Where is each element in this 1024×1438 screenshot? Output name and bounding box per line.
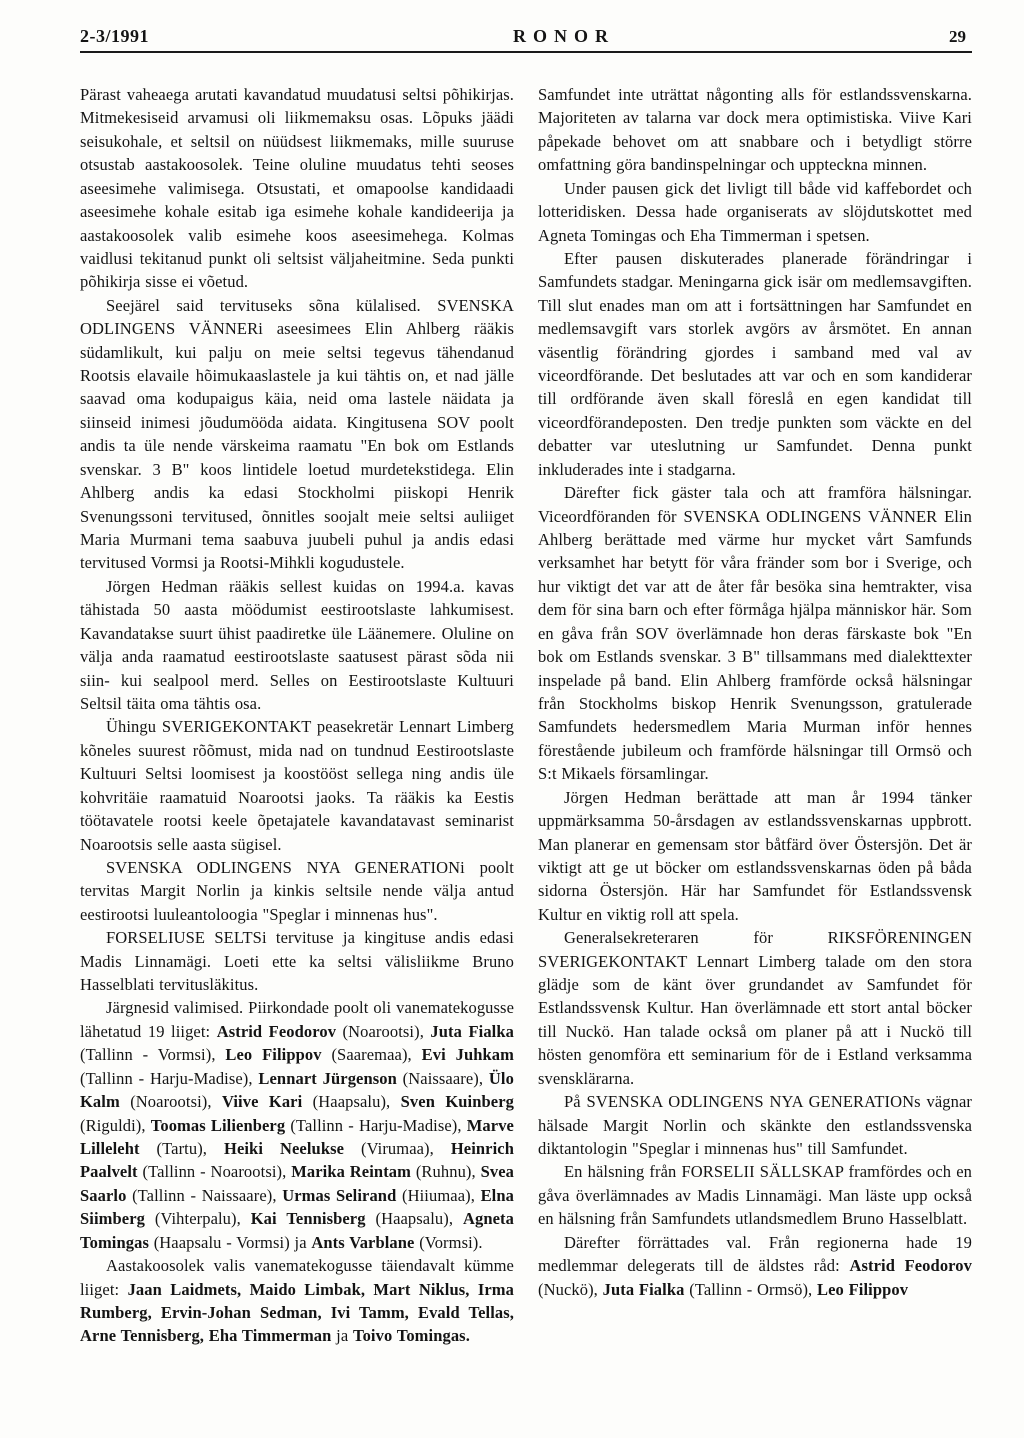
page-number: 29 (949, 27, 972, 47)
bold-text-segment: Toomas Lilienberg (151, 1116, 285, 1135)
text-segment: SVENSKA ODLINGENS NYA GENERATIONi poolt … (80, 858, 514, 924)
text-segment: (Haapsalu - Vormsi) ja (149, 1233, 311, 1252)
bold-text-segment: Juta Fialka (603, 1280, 685, 1299)
journal-title: RONOR (149, 26, 949, 47)
text-segment: Under pausen gick det livligt till både … (538, 179, 972, 245)
paragraph: Jörgen Hedman berättade att man år 1994 … (538, 786, 972, 927)
two-column-body: Pärast vaheaega arutati kavandatud muuda… (80, 83, 972, 1348)
text-segment: Seejärel said tervituseks sõna külalised… (80, 296, 514, 573)
text-segment: Pärast vaheaega arutati kavandatud muuda… (80, 85, 514, 291)
bold-text-segment: Heiki Neelukse (224, 1139, 344, 1158)
bold-text-segment: Leo Filippov (225, 1045, 321, 1064)
text-segment: (Nuckö), (538, 1280, 603, 1299)
paragraph: SVENSKA ODLINGENS NYA GENERATIONi poolt … (80, 856, 514, 926)
text-segment: ja (331, 1326, 353, 1345)
text-segment: (Noarootsi), (120, 1092, 222, 1111)
text-segment: Efter pausen diskuterades planerade förä… (538, 249, 972, 479)
paragraph: Därefter förrättades val. Från regionern… (538, 1231, 972, 1301)
paragraph: Jörgen Hedman rääkis sellest kuidas on 1… (80, 575, 514, 716)
bold-text-segment: Juta Fialka (430, 1022, 514, 1041)
paragraph: Aastakoosolek valis vanematekogusse täie… (80, 1254, 514, 1348)
paragraph: En hälsning från FORSELII SÄLLSKAP framf… (538, 1160, 972, 1230)
text-segment: (Vormsi). (414, 1233, 482, 1252)
text-segment: Ühingu SVERIGEKONTAKT peasekretär Lennar… (80, 717, 514, 853)
text-segment: FORSELIUSE SELTSi tervituse ja kingituse… (80, 928, 514, 994)
right-column: Samfundet inte uträttat någonting alls f… (538, 83, 972, 1348)
paragraph: Efter pausen diskuterades planerade förä… (538, 247, 972, 481)
text-segment: Jörgen Hedman rääkis sellest kuidas on 1… (80, 577, 514, 713)
bold-text-segment: Astrid Feodorov (217, 1022, 336, 1041)
bold-text-segment: Toivo Tomingas. (353, 1326, 470, 1345)
text-segment: (Saaremaa), (322, 1045, 422, 1064)
paragraph: Järgnesid valimised. Piirkondade poolt o… (80, 996, 514, 1254)
bold-text-segment: Lennart Jürgenson (258, 1069, 396, 1088)
text-segment: (Riguldi), (80, 1116, 151, 1135)
bold-text-segment: Urmas Selirand (282, 1186, 396, 1205)
text-segment: Generalsekreteraren för RIKSFÖRENINGEN S… (538, 928, 972, 1088)
text-segment: (Tallinn - Harju-Madise), (80, 1069, 258, 1088)
bold-text-segment: Kai Tennisberg (251, 1209, 366, 1228)
paragraph: På SVENSKA ODLINGENS NYA GENERATIONs väg… (538, 1090, 972, 1160)
paragraph: FORSELIUSE SELTSi tervituse ja kingituse… (80, 926, 514, 996)
paragraph: Samfundet inte uträttat någonting alls f… (538, 83, 972, 177)
bold-text-segment: Evi Juhkam (422, 1045, 514, 1064)
text-segment: På SVENSKA ODLINGENS NYA GENERATIONs väg… (538, 1092, 972, 1158)
issue-number: 2-3/1991 (80, 26, 149, 47)
journal-page: 2-3/1991 RONOR 29 Pärast vaheaega arutat… (0, 0, 1024, 1438)
text-segment: (Noarootsi), (336, 1022, 430, 1041)
bold-text-segment: Leo Filippov (817, 1280, 908, 1299)
text-segment: (Tartu), (140, 1139, 224, 1158)
text-segment: (Tallinn - Harju-Madise), (285, 1116, 467, 1135)
text-segment: Jörgen Hedman berättade att man år 1994 … (538, 788, 972, 924)
text-segment: (Ruhnu), (411, 1162, 481, 1181)
paragraph: Ühingu SVERIGEKONTAKT peasekretär Lennar… (80, 715, 514, 856)
text-segment: (Virumaa), (344, 1139, 451, 1158)
bold-text-segment: Sven Kuinberg (401, 1092, 514, 1111)
paragraph: Därefter fick gäster tala och att framfö… (538, 481, 972, 785)
paragraph: Under pausen gick det livligt till både … (538, 177, 972, 247)
text-segment: (Tallinn - Ormsö), (684, 1280, 817, 1299)
text-segment: En hälsning från FORSELII SÄLLSKAP framf… (538, 1162, 972, 1228)
text-segment: Samfundet inte uträttat någonting alls f… (538, 85, 972, 174)
text-segment: (Tallinn - Naissaare), (126, 1186, 282, 1205)
paragraph: Pärast vaheaega arutati kavandatud muuda… (80, 83, 514, 294)
text-segment: (Tallinn - Noarootsi), (138, 1162, 292, 1181)
text-segment: (Tallinn - Vormsi), (80, 1045, 225, 1064)
bold-text-segment: Marika Reintam (291, 1162, 411, 1181)
text-segment: (Hiiumaa), (396, 1186, 480, 1205)
paragraph: Seejärel said tervituseks sõna külalised… (80, 294, 514, 575)
bold-text-segment: Astrid Feodorov (849, 1256, 972, 1275)
text-segment: (Vihterpalu), (145, 1209, 251, 1228)
left-column: Pärast vaheaega arutati kavandatud muuda… (80, 83, 514, 1348)
text-segment: (Naissaare), (397, 1069, 489, 1088)
bold-text-segment: Viive Kari (222, 1092, 302, 1111)
paragraph: Generalsekreteraren för RIKSFÖRENINGEN S… (538, 926, 972, 1090)
text-segment: (Haapsalu), (366, 1209, 463, 1228)
text-segment: (Haapsalu), (302, 1092, 400, 1111)
bold-text-segment: Ants Varblane (311, 1233, 414, 1252)
text-segment: Därefter fick gäster tala och att framfö… (538, 483, 972, 783)
page-header: 2-3/1991 RONOR 29 (80, 26, 972, 53)
